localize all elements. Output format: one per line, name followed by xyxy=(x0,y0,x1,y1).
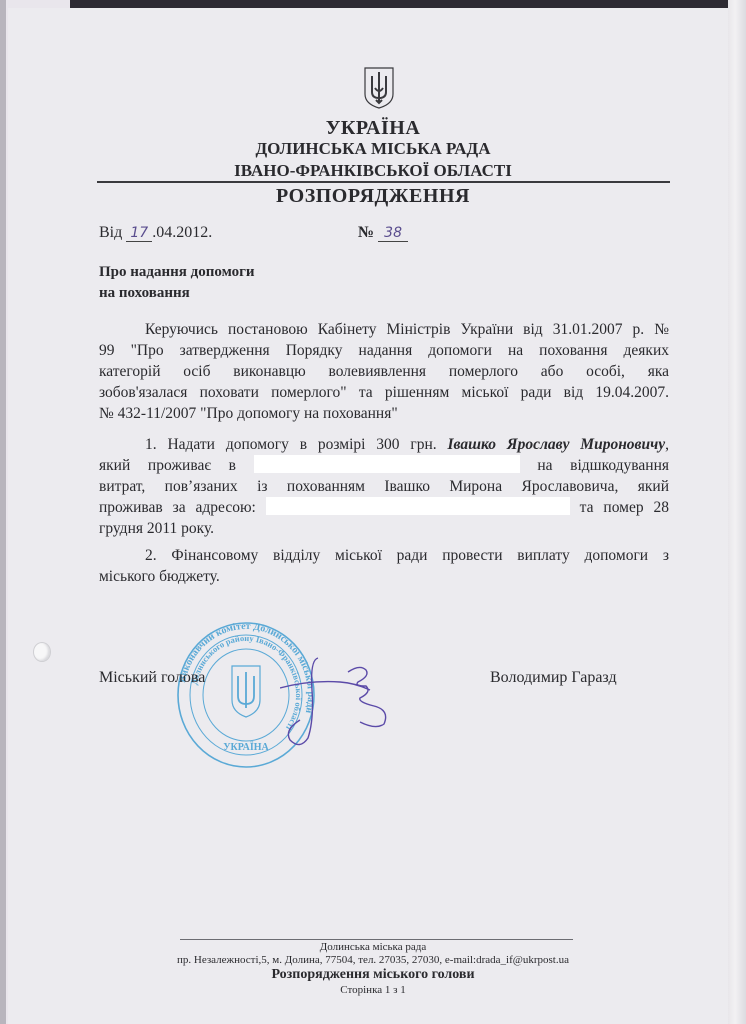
redacted-address xyxy=(254,455,520,473)
document-date: Від 17.04.2012. xyxy=(99,224,212,242)
recipient-name: Івашко Ярославу Мироновичу xyxy=(448,436,666,453)
handwritten-signature xyxy=(280,650,400,750)
footer-address: пр. Незалежності,5, м. Долина, 77504, те… xyxy=(0,954,746,966)
footer-page: Сторінка 1 з 1 xyxy=(0,984,746,996)
footer-org: Долинська міська рада xyxy=(0,941,746,953)
binder-hole xyxy=(33,642,51,662)
council-heading: ДОЛИНСЬКА МІСЬКА РАДА xyxy=(0,139,746,159)
clause-2-paragraph: 2. Фінансовому відділу міської ради пров… xyxy=(99,545,669,587)
handwritten-day: 17 xyxy=(126,225,152,242)
footer-title: Розпорядження міського голови xyxy=(0,967,746,983)
redacted-address xyxy=(266,497,570,515)
country-heading: УКРАЇНА xyxy=(0,117,746,140)
svg-text:УКРАЇНА: УКРАЇНА xyxy=(223,740,269,753)
footer-rule xyxy=(180,939,573,940)
doc-type-heading: РОЗПОРЯДЖЕННЯ xyxy=(0,185,746,208)
document-subject: Про надання допомоги на поховання xyxy=(99,262,255,304)
scan-edge-top xyxy=(70,0,746,8)
handwritten-number: 38 xyxy=(378,225,408,242)
signatory-position: Міський голова xyxy=(99,669,205,687)
tryzub-coat-of-arms-icon xyxy=(362,66,396,110)
clause-1-paragraph: 1. Надати допомогу в розмірі 300 грн. Ів… xyxy=(99,434,669,539)
preamble-paragraph: Керуючись постановою Кабінету Міністрів … xyxy=(99,319,669,424)
document-number: № 38 xyxy=(358,224,408,242)
region-heading: ІВАНО-ФРАНКІВСЬКОЇ ОБЛАСТІ xyxy=(0,161,746,181)
header-rule xyxy=(97,181,670,183)
signatory-name: Володимир Гаразд xyxy=(490,669,617,687)
